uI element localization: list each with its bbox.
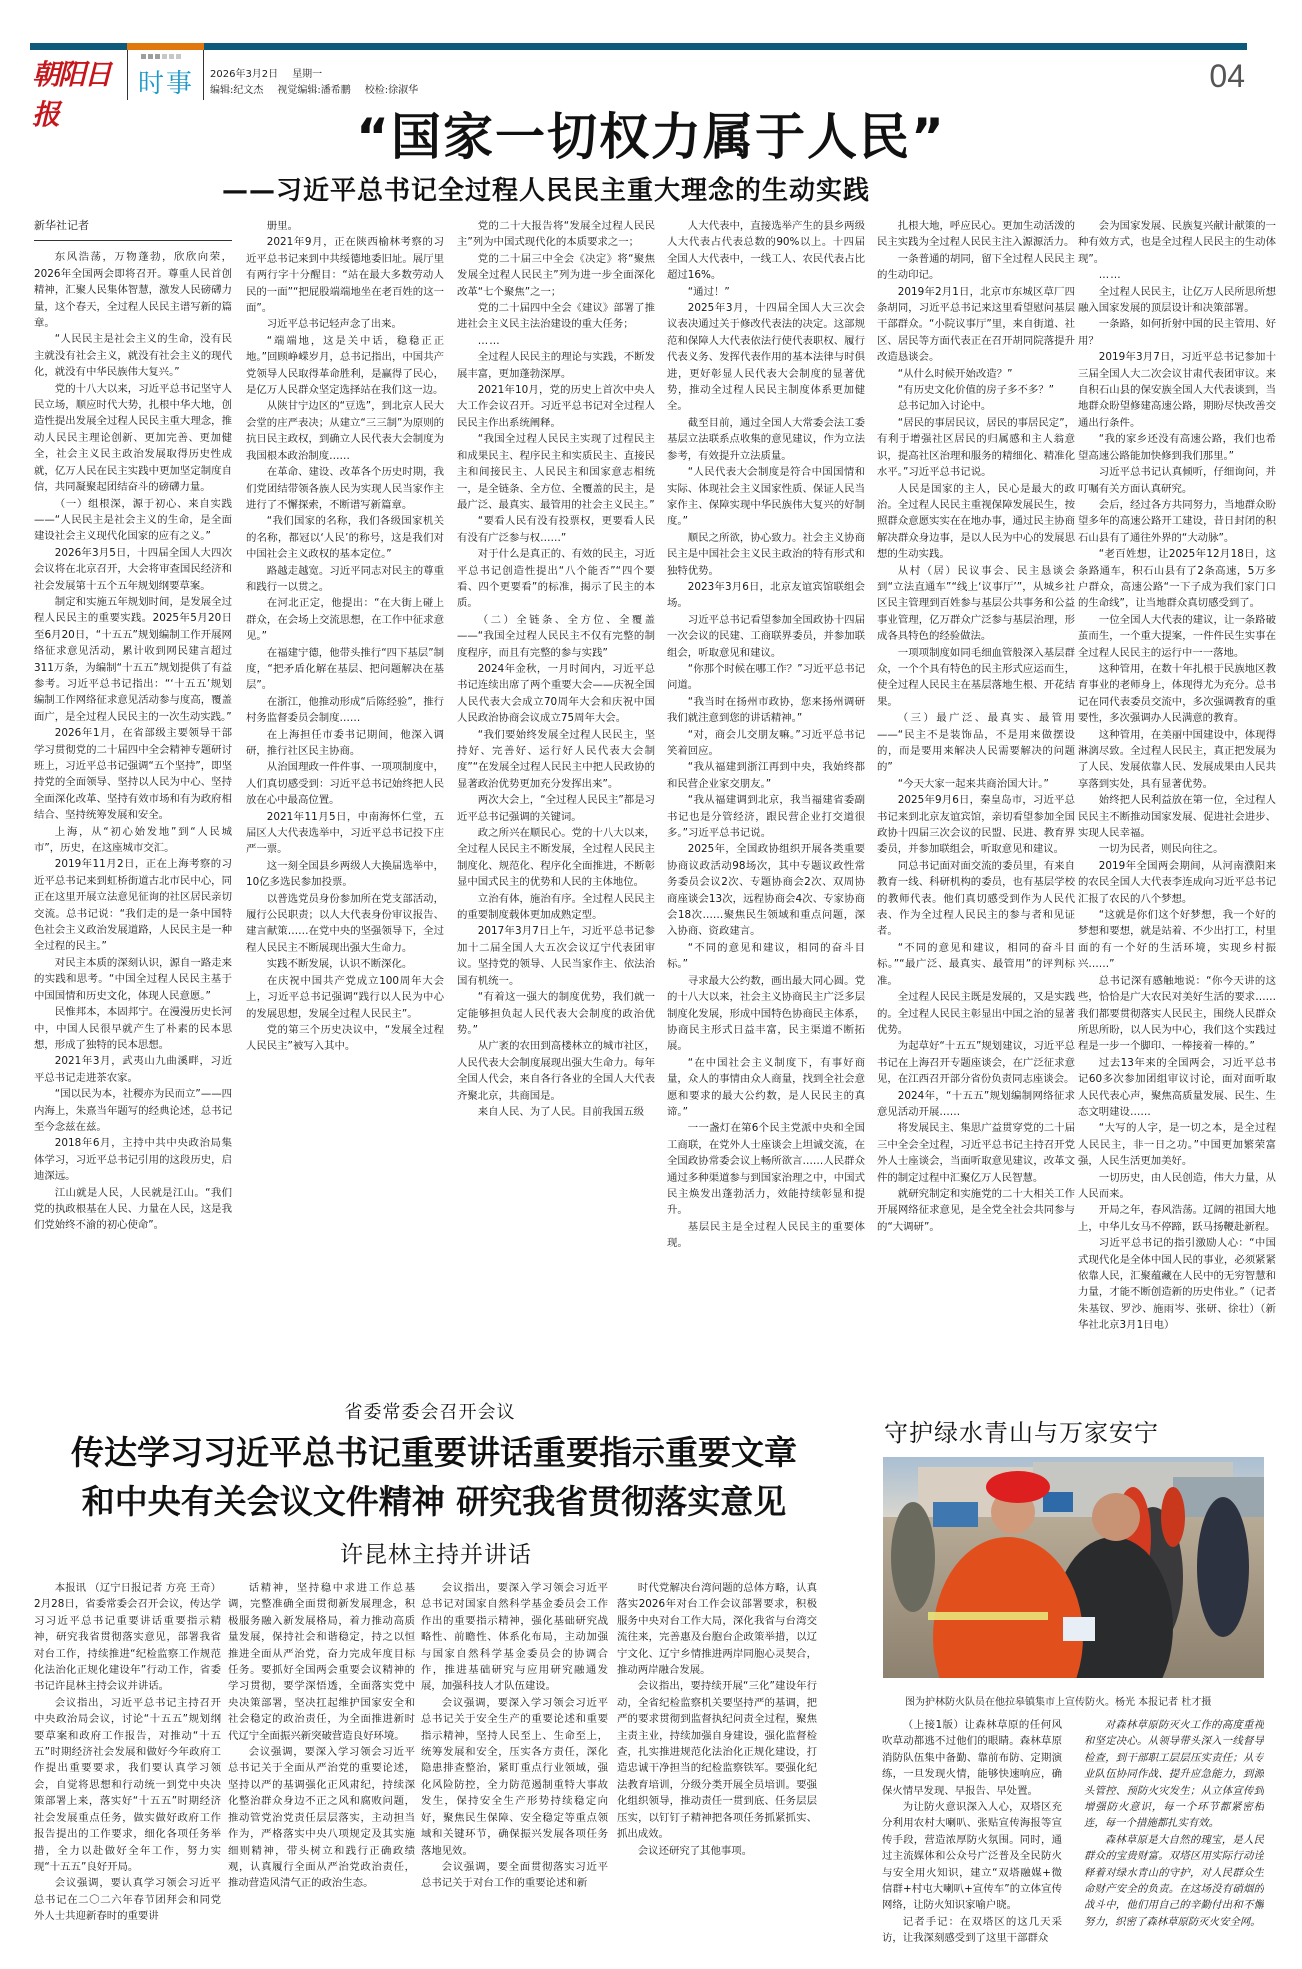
article-paragraph: 2026年1月，在省部级主要领导干部学习贯彻党的二十届四中全会精神专题研讨班上，… (34, 725, 232, 823)
article-paragraph: “通过！” (667, 284, 865, 300)
article-column: 对森林草原防灭火工作的高度重视和坚定决心。从领导带头深入一线督导检查，到干部职工… (1084, 1717, 1264, 1967)
article-paragraph: “今天大家一起来共商治国大计。” (877, 776, 1075, 792)
article-paragraph: 习近平总书记看望参加全国政协十四届一次会议的民建、工商联界委员，并参加联组会，听… (667, 612, 865, 661)
article-paragraph: 就研究制定和实施党的二十大相关工作开展网络征求意见，是全党全社会共同参与的“大调… (877, 1186, 1075, 1235)
article-paragraph: 以普选党员身份参加所在党支部活动，履行公民职责；以人大代表身份审议报告、建言献策… (246, 891, 444, 957)
news-photo (883, 1457, 1264, 1678)
article-paragraph: 全过程人民民主的理论与实践，不断发展丰富，更加蓬勃深厚。 (457, 349, 655, 382)
article-paragraph: 时代党解决台湾问题的总体方略，认真落实2026年对台工作会议部署要求，积极服务中… (617, 1580, 817, 1678)
article-paragraph: 这一刻全国县乡两级人大换届选举中，10亿多选民参加投票。 (246, 858, 444, 891)
article-paragraph: 会议指出，要持续开展“三化”建设年行动，全省纪检监察机关要坚持严的基调，把严的要… (617, 1678, 817, 1842)
article-paragraph: “我的家乡还没有高速公路，我们也希望高速公路能加快修到我们那里。” (1078, 431, 1276, 464)
article-paragraph: 这种管用，在美丽中国建设中，体现得淋漓尽致。全过程人民民主，真正把发展为了人民、… (1078, 727, 1276, 793)
main-headline: “国家一切权力属于人民” (0, 107, 1302, 167)
article-paragraph: 总书记深有感触地说：“你今天讲的这些，恰恰是广大农民对美好生活的要求……我们都要… (1078, 973, 1276, 1055)
article-paragraph: 两次大会上，“全过程人民民主”都是习近平总书记强调的关键词。 (457, 792, 655, 825)
article-paragraph: （二）全链条、全方位、全覆盖——“我国全过程人民民主不仅有完整的制度程序，而且有… (457, 612, 655, 661)
article-column: 新华社记者东风浩荡，万物蓬勃，欣欣向荣，2026年全国两会即将召开。尊重人民首创… (34, 218, 232, 1378)
article-paragraph: 2019年11月2日，正在上海考察的习近平总书记来到虹桥街道古北市民中心，同正在… (34, 856, 232, 954)
article-paragraph: 人民是国家的主人，民心是最大的政治。全过程人民民主重视保障发展民生，按照群众意愿… (877, 481, 1075, 563)
article-paragraph: 2025年9月6日，秦皇岛市，习近平总书记来到北京友谊宾馆，亲切看望参加全国政协… (877, 792, 1075, 858)
article-paragraph: 总书记加入讨论中。 (877, 398, 1075, 414)
newspaper-logo: 朝阳日报 (32, 55, 124, 95)
article-paragraph: 为让防火意识深入人心，双塔区充分利用农村大喇叭、张贴宣传海报等宣传手段，营造浓厚… (882, 1799, 1062, 1914)
article-paragraph: 政之所兴在顺民心。党的十八大以来，全过程人民民主不断发展，全过程人民民主制度化、… (457, 825, 655, 891)
article-paragraph: 从广袤的农田到高楼林立的城市社区，人民代表大会制度展现出强大生命力。每年全国人代… (457, 1038, 655, 1104)
article-column: 会为国家发展、民族复兴献计献策的一种有效方式，也是全过程人民民主的生动体现”。…… (1078, 218, 1276, 1378)
article-paragraph: “老百姓想，让2025年12月18日，这条路通车，积石山县有了2条高速，5万多户… (1078, 546, 1276, 612)
article-paragraph: 开局之年，春风浩荡。辽阔的祖国大地上，中华儿女马不停蹄，跃马扬鞭赴新程。 (1078, 1202, 1276, 1235)
article-paragraph: 2017年3月7日上午，习近平总书记参加十二届全国人大五次会议辽宁代表团审议。坚… (457, 923, 655, 989)
article-paragraph: 习近平总书记轻声念了出来。 (246, 316, 444, 332)
article-paragraph: 习近平总书记认真倾听，仔细询问，并叮嘱有关方面认真研究。 (1078, 464, 1276, 497)
article-paragraph: 2019年全国两会期间，从河南濮阳来的农民全国人大代表李连成向习近平总书记汇报了… (1078, 858, 1276, 907)
article-paragraph: “我国全过程人民民主实现了过程民主和成果民主、程序民主和实质民主、直接民主和间接… (457, 431, 655, 513)
masthead-bar-section (127, 43, 204, 50)
article-paragraph: 2018年6月，主持中共中央政治局集体学习，习近平总书记引用的这段历史，启迪深远… (34, 1135, 232, 1184)
proofreader: 校检:徐淑华 (365, 85, 418, 96)
article-paragraph: “在中国社会主义制度下，有事好商量，众人的事情由众人商量，找到全社会意愿和要求的… (667, 1055, 865, 1121)
article-paragraph: （三）最广泛、最真实、最管用——“民主不是装饰品，不是用来做摆设的，而是要用来解… (877, 710, 1075, 776)
article-paragraph: 对森林草原防灭火工作的高度重视和坚定决心。从领导带头深入一线督导检查，到干部职工… (1084, 1717, 1264, 1832)
article-paragraph: 将发展民主、集思广益贯穿党的二十届三中全会全过程，习近平总书记主持召开党外人士座… (877, 1120, 1075, 1186)
article-paragraph: 实践不断发展，认识不断深化。 (246, 956, 444, 972)
article-paragraph: 会议还研究了其他事项。 (617, 1843, 817, 1859)
article-kicker: 省委常委会召开会议 (0, 1398, 860, 1424)
article-paragraph: 2021年9月，正在陕西榆林考察的习近平总书记来到中共绥德地委旧址。展厅里有两行… (246, 234, 444, 316)
article-paragraph: 在浙江，他推动形成“后陈经验”，推行村务监督委员会制度…… (246, 694, 444, 727)
article-paragraph: 2025年3月，十四届全国人大三次会议表决通过关于修改代表法的决定。这部规范和保… (667, 300, 865, 415)
article-paragraph: 本报讯 （辽宁日报记者 方亮 王奇）2月28日，省委常委会召开会议，传达学习习近… (34, 1580, 221, 1695)
article-paragraph: 2024年，“十五五”规划编制网络征求意见活动开展…… (877, 1088, 1075, 1121)
article-paragraph: 扎根大地，呼应民心。更加生动活泼的民主实践为全过程人民民主注入源源活力。 (877, 218, 1075, 251)
section-name: 时事 (138, 63, 194, 100)
masthead-divider (203, 50, 204, 100)
article-paragraph: 立治有体，施治有序。全过程人民民主的重要制度载体更加成熟定型。 (457, 891, 655, 924)
issue-meta: 2026年3月2日星期一 编辑:纪文杰视觉编辑:潘希鹏校检:徐淑华 (210, 67, 432, 99)
article-paragraph: 顺民之所欲，协心致力。社会主义协商民主是中国社会主义民主政治的特有形式和独特优势… (667, 530, 865, 579)
article-paragraph: “这就是你们这个好梦想，我一个好的梦想和要想，就是站着、不少出打工，村里面的有一… (1078, 907, 1276, 973)
article-paragraph: 党的第三个历史决议中，“发展全过程人民民主”被写入其中。 (246, 1022, 444, 1055)
article-paragraph: 册里。 (246, 218, 444, 234)
article-column: 时代党解决台湾问题的总体方略，认真落实2026年对台工作会议部署要求，积极服务中… (617, 1580, 817, 1960)
article-paragraph: “对，商会儿交朋友嘛。”习近平总书记笑着回应。 (667, 727, 865, 760)
article-paragraph: 党的二十届三中全会《决定》将“聚焦发展全过程人民民主”列为进一步全面深化改革“七… (457, 251, 655, 300)
article-headline-line2: 和中央有关会议文件精神 研究我省贯彻落实意见 (24, 1482, 844, 1522)
article-paragraph: 会议指出，习近平总书记主持召开中央政治局会议，讨论“十五五”规划纲要草案和政府工… (34, 1695, 221, 1875)
article-paragraph: …… (457, 333, 655, 349)
article-paragraph: 全过程人民民主既是发展的，又是实践的。全过程人民民主彰显出中国之治的显著优势。 (877, 989, 1075, 1038)
masthead-divider (127, 50, 128, 100)
article-paragraph: 来自人民、为了人民。目前我国五级 (457, 1104, 655, 1120)
article-paragraph: 森林草原是大自然的瑰宝，是人民群众的宝贵财富。双塔区用实际行动诠释着对绿水青山的… (1084, 1832, 1264, 1930)
article-column: （上接1版）让森林草原的任何风吹草动都逃不过他们的眼睛。森林草原消防队伍集中备勤… (882, 1717, 1062, 1967)
article-paragraph: “要看人民有没有投票权，更要看人民有没有广泛参与权……” (457, 513, 655, 546)
article-paragraph: （上接1版）让森林草原的任何风吹草动都逃不过他们的眼睛。森林草原消防队伍集中备勤… (882, 1717, 1062, 1799)
article-paragraph: 寻求最大公约数，画出最大同心圆。党的十八大以来，社会主义协商民主广泛多层制度化发… (667, 973, 865, 1055)
article-paragraph: 在福建宁德，他带头推行“四下基层”制度，“把矛盾化解在基层、把问题解决在基层”。 (246, 645, 444, 694)
article-paragraph: 党的二十届四中全会《建议》部署了推进社会主义民主法治建设的重大任务； (457, 300, 655, 333)
article-paragraph: “端端地，这是关中话，稳稳正正地。”回顾峥嵘岁月，总书记指出，中国共产党领导人民… (246, 333, 444, 399)
article-paragraph: 从陕甘宁边区的“豆选”，到北京人民大会堂的庄严表决；从建立“三三制”为原则的抗日… (246, 398, 444, 464)
article-paragraph: “大写的人字，是一切之本，是全过程人民民主，非一日之功。”中国更加繁荣富强，人民… (1078, 1120, 1276, 1169)
article-paragraph: 会议强调，要深入学习领会习近平总书记关于全面从严治党的重要论述，坚持以严的基调强… (228, 1744, 415, 1892)
article-paragraph: 习近平总书记的指引激励人心：“中国式现代化是全体中国人民的事业，必须紧紧依靠人民… (1078, 1235, 1276, 1333)
article-paragraph: 党的二十大报告将“发展全过程人民民主”列为中国式现代化的本质要求之一； (457, 218, 655, 251)
article-paragraph: 制定和实施五年规划时间，是发展全过程人民民主的重要实践。2025年5月20日至6… (34, 594, 232, 725)
article-column: 人大代表中，直接选举产生的县乡两级人大代表占代表总数的90%以上。十四届全国人大… (667, 218, 865, 1378)
article-paragraph: 一一盏灯在第6个民主党派中央和全国工商联，在党外人士座谈会上坦诚交流，在全国政协… (667, 1120, 865, 1218)
article-paragraph: 会议强调，要全面贯彻落实习近平总书记关于对台工作的重要论述和新 (421, 1859, 608, 1892)
article-paragraph: “人民民主是社会主义的生命，没有民主就没有社会主义，就没有社会主义的现代化，就没… (34, 331, 232, 380)
article-paragraph: 始终把人民利益放在第一位，全过程人民民主不断推动国家发展、促进社会进步、实现人民… (1078, 792, 1276, 841)
article-paragraph: 会为国家发展、民族复兴献计献策的一种有效方式，也是全过程人民民主的生动体现”。 (1078, 218, 1276, 267)
article-paragraph: 对于什么是真正的、有效的民主，习近平总书记创造性提出“八个能否”“四个要看、四个… (457, 546, 655, 612)
article-paragraph: 一条普通的胡同，留下全过程人民民主的生动印记。 (877, 251, 1075, 284)
article-paragraph: 话精神，坚持稳中求进工作总基调，完整准确全面贯彻新发展理念，积极服务融入新发展格… (228, 1580, 415, 1744)
article-paragraph: “我们要始终发展全过程人民民主，坚持好、完善好、运行好人民代表大会制度”“在发展… (457, 727, 655, 793)
article-paragraph: 党的十八大以来，习近平总书记坚守人民立场，顺应时代大势，扎根中华大地，创造性提出… (34, 381, 232, 496)
photo-caption: 图为护林防火队员在他拉皋镇集市上宣传防火。杨光 本报记者 杜才摄 (905, 1693, 1211, 1708)
article-paragraph: 2021年10月，党的历史上首次中央人大工作会议召开。习近平总书记对全过程人民民… (457, 382, 655, 431)
article-paragraph: …… (1078, 267, 1276, 283)
article-paragraph: 东风浩荡，万物蓬勃，欣欣向荣，2026年全国两会即将召开。尊重人民首创精神，汇聚… (34, 249, 232, 331)
article-paragraph: 2023年3月6日，北京友谊宾馆联组会场。 (667, 579, 865, 612)
article-byline: 新华社记者 (34, 218, 232, 241)
article-paragraph: 基层民主是全过程人民民主的重要体现。 (667, 1219, 865, 1252)
article-paragraph: 一项项制度如同毛细血管般深入基层群众，一个个具有特色的民主形式应运而生，使全过程… (877, 645, 1075, 711)
article-paragraph: 一切为民者，则民向往之。 (1078, 841, 1276, 857)
article-paragraph: “人民代表大会制度是符合中国国情和实际、体现社会主义国家性质、保证人民当家作主、… (667, 464, 865, 530)
article-paragraph: 在上海担任市委书记期间，他深入调研，推行社区民主协商。 (246, 727, 444, 760)
article-paragraph: 2019年2月1日，北京市东城区草厂四条胡同，习近平总书记来这里看望慰问基层干部… (877, 284, 1075, 366)
article-subheadline: 许昆林主持并讲话 (340, 1536, 532, 1569)
story-title: 守护绿水青山与万家安宁 (884, 1413, 1159, 1448)
article-paragraph: 过去13年来的全国两会，习近平总书记60多次参加团组审议讨论，面对面听取人民代表… (1078, 1055, 1276, 1121)
article-paragraph: “有着这一强大的制度优势，我们就一定能够担负起人民代表大会制度的政治优势。” (457, 989, 655, 1038)
article-column: 会议指出，要深入学习领会习近平总书记对国家自然科学基金委员会工作作出的重要指示精… (421, 1580, 608, 1960)
article-paragraph: “我当时在扬州市政协，您来扬州调研我们就注意到您的讲话精神。” (667, 694, 865, 727)
article-paragraph: “不同的意见和建议，相同的奋斗目标。”“最广泛、最真实、最管用”的评判标准。 (877, 940, 1075, 989)
article-paragraph: 同总书记面对面交流的委员里，有来自教育一线、科研机构的委员，也有基层学校的教师代… (877, 858, 1075, 940)
article-paragraph: “居民的事居民议，居民的事居民定”，有利于增强社区居民的归属感和主人翁意识，提高… (877, 415, 1075, 481)
article-paragraph: “从什么时候开始改造？” (877, 366, 1075, 382)
article-column: 本报讯 （辽宁日报记者 方亮 王奇）2月28日，省委常委会召开会议，传达学习习近… (34, 1580, 221, 1960)
article-paragraph: 会后，经过各方共同努力，当地群众盼望多年的高速公路开工建设，昔日封闭的积石山县有… (1078, 497, 1276, 546)
article-paragraph: “我从福建到浙江再到中央，我始终都和民营企业家交朋友。” (667, 759, 865, 792)
article-paragraph: 路越走越宽。习近平同志对民主的尊重和践行一以贯之。 (246, 563, 444, 596)
article-paragraph: 记者手记：在双塔区的这几天采访，让我深刻感受到了这里干部群众 (882, 1914, 1062, 1947)
article-paragraph: 全过程人民民主，让亿万人民所思所想融入国家发展的顶层设计和决策部署。 (1078, 284, 1276, 317)
article-paragraph: 会议指出，要深入学习领会习近平总书记对国家自然科学基金委员会工作作出的重要指示精… (421, 1580, 608, 1695)
article-paragraph: 上海，从“初心始发地”到“人民城市”，历史，在这座城市交汇。 (34, 824, 232, 857)
section-dots-icon (141, 54, 181, 59)
article-paragraph: 为起草好“十五五”规划建议，习近平总书记在上海召开专题座谈会，在广泛征求意见，在… (877, 1038, 1075, 1087)
article-column: 扎根大地，呼应民心。更加生动活泼的民主实践为全过程人民民主注入源源活力。一条普通… (877, 218, 1075, 1378)
article-paragraph: 在河北正定，他提出：“在大街上碰上群众，在会场上交流思想，在工作中征求意见。” (246, 595, 444, 644)
article-paragraph: 截至目前，通过全国人大常委会法工委基层立法联系点收集的意见建议，作为立法参考，有… (667, 415, 865, 464)
article-column: 册里。2021年9月，正在陕西榆林考察的习近平总书记来到中共绥德地委旧址。展厅里… (246, 218, 444, 1378)
visual-editor: 视觉编辑:潘希鹏 (277, 85, 350, 96)
issue-date: 2026年3月2日 (210, 69, 278, 80)
article-paragraph: “我们国家的名称，我们各级国家机关的名称，都冠以‘人民’的称号，这是我们对中国社… (246, 513, 444, 562)
article-paragraph: 2024年金秋，一月时间内，习近平总书记连续出席了两个重要大会——庆祝全国人民代… (457, 661, 655, 727)
article-paragraph: 民惟邦本，本固邦宁。在漫漫历史长河中，中国人民很早就产生了朴素的民本思想，形成了… (34, 1004, 232, 1053)
article-paragraph: “有历史文化价值的房子多不多？” (877, 382, 1075, 398)
issue-weekday: 星期一 (292, 69, 322, 80)
article-paragraph: “我从福建调到北京，我当福建省委副书记也是分管经济，跟民营企业打交道很多。”习近… (667, 792, 865, 841)
article-paragraph: 会议强调，要认真学习领会习近平总书记在二〇二六年春节团拜会和同党外人士共迎新春时… (34, 1875, 221, 1924)
masthead-bar-left (30, 43, 127, 50)
masthead-bar-right (204, 43, 1247, 50)
article-paragraph: 一切历史，由人民创造，伟大力量，从人民而来。 (1078, 1170, 1276, 1203)
article-paragraph: 2026年3月5日，十四届全国人大四次会议将在北京召开，大会将审查国民经济和社会… (34, 545, 232, 594)
article-paragraph: 会议强调，要深入学习领会习近平总书记关于安全生产的重要论述和重要指示精神，坚持人… (421, 1695, 608, 1859)
article-paragraph: 在庆祝中国共产党成立100周年大会上，习近平总书记强调“践行以人民为中心的发展思… (246, 973, 444, 1022)
article-paragraph: 2025年，全国政协组织开展各类重要协商议政活动98场次，其中专题议政性常务委员… (667, 841, 865, 939)
article-column: 话精神，坚持稳中求进工作总基调，完整准确全面贯彻新发展理念，积极服务融入新发展格… (228, 1580, 415, 1960)
article-column: 党的二十大报告将“发展全过程人民民主”列为中国式现代化的本质要求之一；党的二十届… (457, 218, 655, 1378)
page-number: 04 (1209, 58, 1245, 95)
article-paragraph: 一位全国人大代表的建议，让一条路破茧而生，一个重大提案，一件件民生实事在全过程人… (1078, 612, 1276, 661)
article-paragraph: 对民主本质的深刻认识，源自一路走来的实践和思考。“中国全过程人民民主基于中国国情… (34, 955, 232, 1004)
article-paragraph: 从治国理政一件件事、一项项制度中，人们真切感受到：习近平总书记始终把人民放在心中… (246, 759, 444, 808)
article-paragraph: 2021年3月，武夷山九曲溪畔，习近平总书记走进茶农家。 (34, 1053, 232, 1086)
article-paragraph: 在革命、建设、改革各个历史时期，我们党团结带领各族人民为实现人民当家作主进行了不… (246, 464, 444, 513)
article-paragraph: 从村（居）民议事会、民主恳谈会到“立法直通车”“线上‘议事厅’”，从城乡社区民主… (877, 563, 1075, 645)
article-paragraph: 人大代表中，直接选举产生的县乡两级人大代表占代表总数的90%以上。十四届全国人大… (667, 218, 865, 284)
article-headline-line1: 传达学习习近平总书记重要讲话重要指示重要文章 (24, 1433, 844, 1473)
article-paragraph: 江山就是人民，人民就是江山。“我们党的执政根基在人民、力量在人民，这是我们党始终… (34, 1185, 232, 1234)
article-paragraph: 2021年11月5日，中南海怀仁堂，五届区人大代表选举中，习近平总书记投下庄严一… (246, 809, 444, 858)
main-subheadline: ——习近平总书记全过程人民民主重大理念的生动实践 (222, 170, 870, 207)
editor: 编辑:纪文杰 (210, 85, 263, 96)
article-paragraph: “不同的意见和建议，相同的奋斗目标。” (667, 940, 865, 973)
article-paragraph: 2019年3月7日，习近平总书记参加十三届全国人大二次会议甘肃代表团审议。来自积… (1078, 349, 1276, 431)
article-paragraph: 这种管用，在数十年扎根于民族地区教育事业的老师身上，体现得尤为充分。总书记在同代… (1078, 661, 1276, 727)
article-paragraph: “你那个时候在哪工作？”习近平总书记问道。 (667, 661, 865, 694)
article-paragraph: 一条路，如何折射中国的民主管用、好用？ (1078, 316, 1276, 349)
article-paragraph: （一）组根深，源于初心、来自实践——“人民民主是社会主义的生命，是全面建设社会主… (34, 496, 232, 545)
article-paragraph: “国以民为本，社稷亦为民而立”——四内海上，朱熹当年题写的经典论述，总书记至今念… (34, 1086, 232, 1135)
